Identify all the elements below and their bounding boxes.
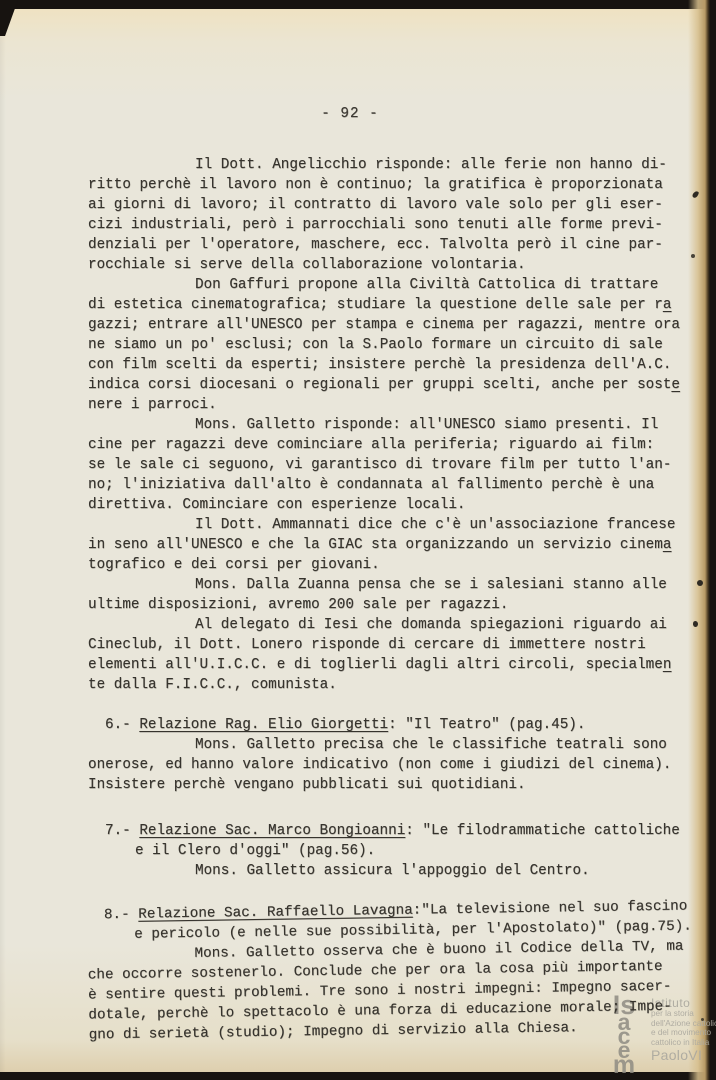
scan-edge-top — [0, 0, 716, 9]
text-line: in seno all'UNESCO e che la GIAC sta org… — [88, 535, 688, 555]
text-line: gazzi; entrare all'UNESCO per stampa e c… — [88, 315, 688, 335]
text-line: Insistere perchè vengano pubblicati sui … — [88, 775, 688, 795]
text-line: ritto perchè il lavoro non è continuo; l… — [88, 175, 688, 195]
text-line: Cineclub, il Dott. Lonero risponde di ce… — [88, 635, 688, 655]
text-line: te dalla F.I.C.C., comunista. — [88, 675, 688, 695]
ink-speck — [691, 254, 695, 258]
text-line: 7.- Relazione Sac. Marco Bongioanni: "Le… — [88, 821, 688, 841]
text-line: 6.- Relazione Rag. Elio Giorgetti: "Il T… — [88, 715, 688, 735]
paper-sheet: - 92 - Il Dott. Angelicchio risponde: al… — [0, 9, 707, 1072]
text-line: Mons. Galletto assicura l'appoggio del C… — [88, 861, 688, 881]
text-line: Don Gaffuri propone alla Civiltà Cattoli… — [88, 275, 688, 295]
paragraph: Il Dott. Ammannati dice che c'è un'assoc… — [88, 515, 688, 575]
text-line: tografico e dei corsi per giovani. — [88, 555, 688, 575]
page-number: - 92 - — [0, 106, 700, 122]
ink-speck — [697, 580, 703, 586]
report-section: 8.- Relazione Sac. Raffaello Lavagna:"La… — [87, 897, 689, 1046]
text-line: denziali per l'operatore, maschere, ecc.… — [88, 235, 688, 255]
text-line: e il Clero d'oggi" (pag.56). — [88, 841, 688, 861]
scan-edge-right — [688, 0, 716, 1080]
text-line: nere i parroci. — [88, 395, 688, 415]
report-section: 6.- Relazione Rag. Elio Giorgetti: "Il T… — [88, 715, 688, 795]
text-line: con film scelti da esperti; insistere pe… — [88, 355, 688, 375]
text-line: direttiva. Cominciare con esperienze loc… — [88, 495, 688, 515]
text-line: se le sale ci seguono, vi garantisco di … — [88, 455, 688, 475]
text-content: Il Dott. Angelicchio risponde: alle feri… — [88, 155, 688, 1045]
text-line: no; l'iniziativa dall'alto è condannata … — [88, 475, 688, 495]
text-line: indica corsi diocesani o regionali per g… — [88, 375, 688, 395]
text-line: rocchiale si serve della collaborazione … — [88, 255, 688, 275]
paragraph: Il Dott. Angelicchio risponde: alle feri… — [88, 155, 688, 275]
text-line: onerose, ed hanno valore indicativo (non… — [88, 755, 688, 775]
text-line: Mons. Dalla Zuanna pensa che se i salesi… — [88, 575, 688, 595]
paragraph: Mons. Dalla Zuanna pensa che se i salesi… — [88, 575, 688, 615]
text-line: ne siamo un po' esclusi; con la S.Paolo … — [88, 335, 688, 355]
watermark-brand: PaoloVI — [651, 1048, 716, 1063]
paragraph: Don Gaffuri propone alla Civiltà Cattoli… — [88, 275, 688, 415]
text-line: Al delegato di Iesi che domanda spiegazi… — [88, 615, 688, 635]
text-line: Il Dott. Angelicchio risponde: alle feri… — [88, 155, 688, 175]
paragraph: Al delegato di Iesi che domanda spiegazi… — [88, 615, 688, 695]
paragraph: Mons. Galletto risponde: all'UNESCO siam… — [88, 415, 688, 515]
text-line: Mons. Galletto risponde: all'UNESCO siam… — [88, 415, 688, 435]
text-line: Mons. Galletto precisa che le classifich… — [88, 735, 688, 755]
text-line: ultime disposizioni, avremo 200 sale per… — [88, 595, 688, 615]
text-line: Il Dott. Ammannati dice che c'è un'assoc… — [88, 515, 688, 535]
text-line: ai giorni di lavoro; il contratto di lav… — [88, 195, 688, 215]
text-line: di estetica cinematografica; studiare la… — [88, 295, 688, 315]
text-line: elementi all'U.I.C.C. e di toglierli dag… — [88, 655, 688, 675]
ink-speck — [701, 1018, 704, 1021]
report-section: 7.- Relazione Sac. Marco Bongioanni: "Le… — [88, 821, 688, 881]
text-line: cine per ragazzi deve cominciare alla pe… — [88, 435, 688, 455]
text-line: cizi industriali, però i parrocchiali so… — [88, 215, 688, 235]
ink-speck — [693, 621, 698, 627]
